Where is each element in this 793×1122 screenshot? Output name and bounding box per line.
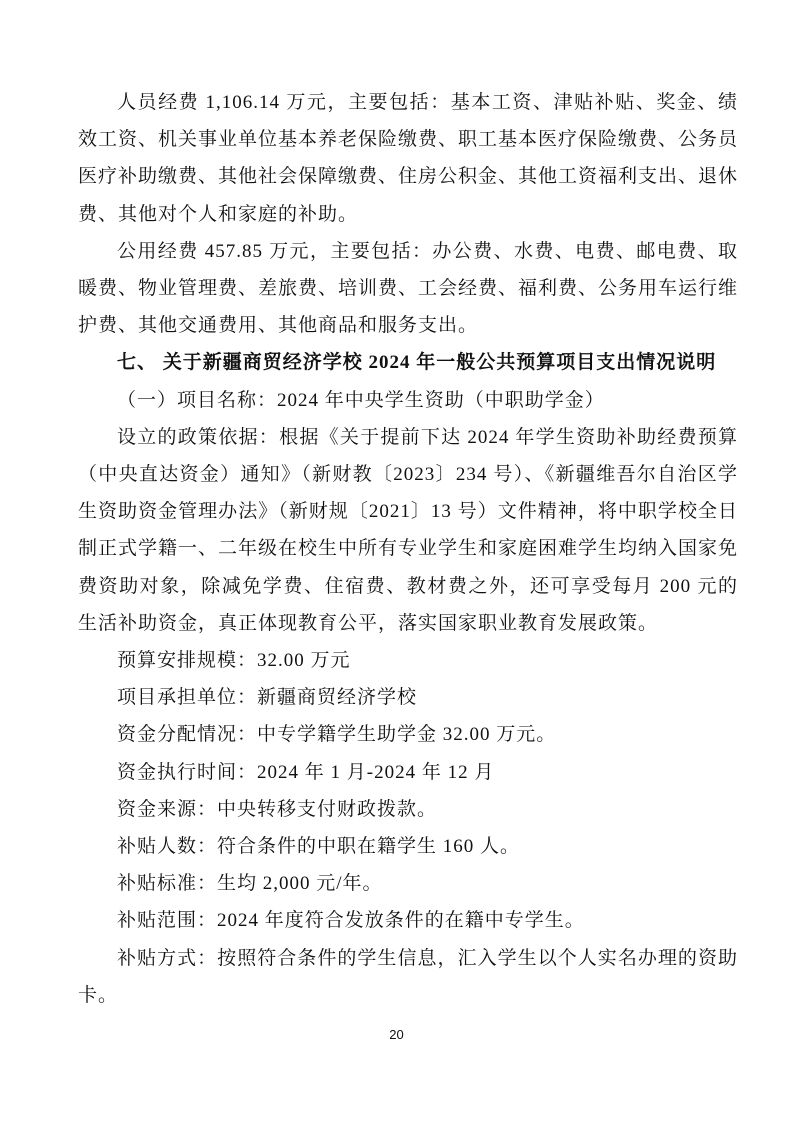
paragraph-personnel-expense: 人员经费 1,106.14 万元，主要包括：基本工资、津贴补贴、奖金、绩效工资、… <box>78 84 738 233</box>
line-subsidy-headcount: 补贴人数：符合条件的中职在籍学生 160 人。 <box>78 828 738 865</box>
section-heading-seven: 七、 关于新疆商贸经济学校 2024 年一般公共预算项目支出情况说明 <box>78 344 738 381</box>
document-body: 人员经费 1,106.14 万元，主要包括：基本工资、津贴补贴、奖金、绩效工资、… <box>78 84 738 1014</box>
page-number: 20 <box>0 1026 793 1044</box>
line-undertaking-unit: 项目承担单位：新疆商贸经济学校 <box>78 679 738 716</box>
line-subsidy-standard: 补贴标准：生均 2,000 元/年。 <box>78 865 738 902</box>
line-subsidy-scope: 补贴范围：2024 年度符合发放条件的在籍中专学生。 <box>78 902 738 939</box>
line-budget-scale: 预算安排规模：32.00 万元 <box>78 642 738 679</box>
line-fund-allocation: 资金分配情况：中专学籍学生助学金 32.00 万元。 <box>78 716 738 753</box>
line-project-name: （一）项目名称：2024 年中央学生资助（中职助学金） <box>78 382 738 419</box>
line-subsidy-method: 补贴方式：按照符合条件的学生信息，汇入学生以个人实名办理的资助卡。 <box>78 940 738 1014</box>
paragraph-policy-basis: 设立的政策依据：根据《关于提前下达 2024 年学生资助补助经费预算（中央直达资… <box>78 419 738 642</box>
paragraph-public-expense: 公用经费 457.85 万元，主要包括：办公费、水费、电费、邮电费、取暖费、物业… <box>78 233 738 345</box>
line-fund-source: 资金来源：中央转移支付财政拨款。 <box>78 791 738 828</box>
line-execution-period: 资金执行时间：2024 年 1 月-2024 年 12 月 <box>78 754 738 791</box>
document-page: 人员经费 1,106.14 万元，主要包括：基本工资、津贴补贴、奖金、绩效工资、… <box>0 0 793 1122</box>
